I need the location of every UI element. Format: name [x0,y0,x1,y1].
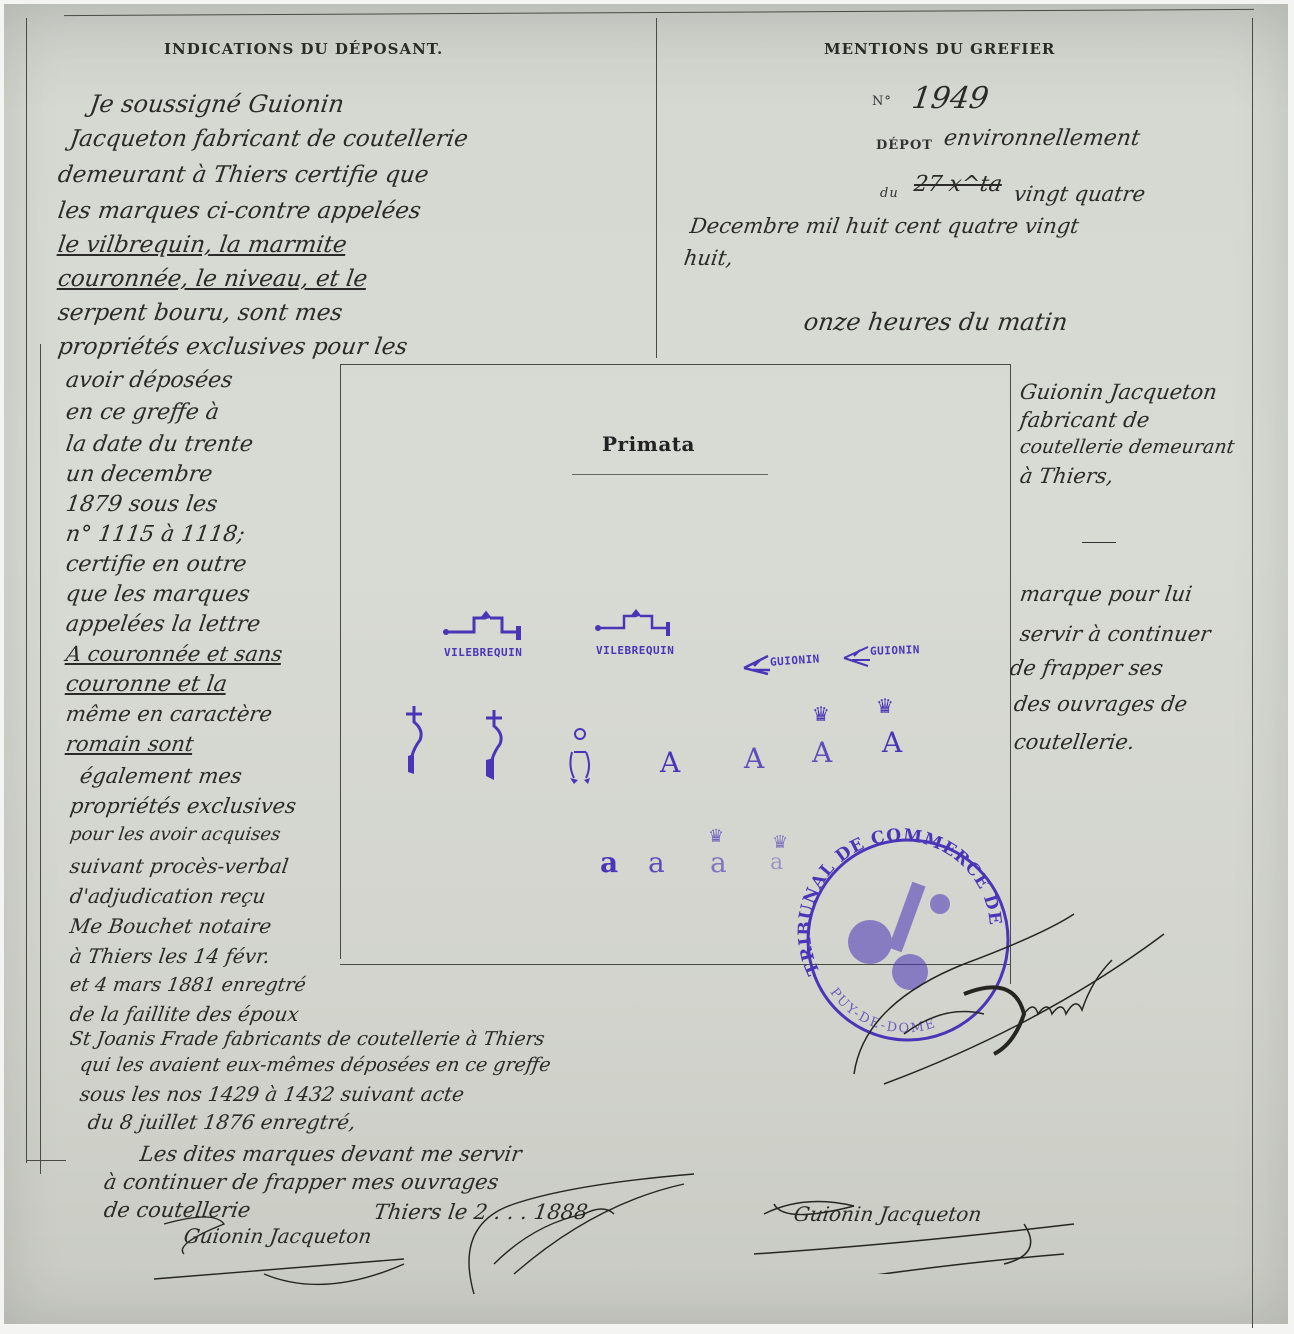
left-line: les marques ci-contre appelées [56,200,422,223]
left-line: Les dites marques devant me servir [139,1144,523,1165]
left-line: romain sont [65,734,195,755]
left-line: propriétés exclusives pour les [56,336,408,359]
letter-a-mark: a [770,850,783,875]
crown-icon: ♛ [876,694,894,718]
letter-a-mark: A [660,746,680,779]
left-line: Jacqueton fabricant de coutellerie [68,128,469,151]
left-line: A couronnée et sans [65,644,284,665]
date-value: vingt quatre [1013,184,1147,205]
greffier-signature-bottom [454,1164,714,1304]
column-divider [656,18,657,358]
purpose-line: coutellerie. [1013,732,1136,753]
left-line: à continuer de frapper mes ouvrages [103,1172,500,1193]
letter-a-mark: A [882,726,902,759]
left-line: même en caractère [65,704,274,725]
serpent-icon [400,704,430,778]
left-line: demeurant à Thiers certifie que [56,164,430,187]
purpose-line: marque pour lui [1019,584,1194,605]
left-line: suivant procès-verbal [69,856,290,876]
frame-left [26,18,27,1163]
guionin-arrow-icon [842,644,872,668]
left-line: en ce greffe à [64,402,220,424]
frame-left-inner [40,344,41,1174]
date-label: du [880,186,899,201]
letter-a-mark: a [710,846,727,879]
left-line: appelées la lettre [64,614,261,636]
center-box-left [340,364,341,959]
center-box-top [340,364,1010,365]
letter-a-mark: a [648,846,665,879]
date-line3: huit, [683,248,735,269]
vilebrequin-icon [594,608,684,638]
dash-mark [1082,542,1116,543]
letter-a-mark: a [600,846,618,879]
letter-a-mark: A [812,736,832,769]
primata-underline [572,474,768,475]
vilebrequin-icon [442,610,532,640]
letter-a-mark: A [744,742,764,775]
left-line: à Thiers les 14 févr. [69,946,272,966]
left-line: un decembre [64,464,213,486]
guionin-arrow-icon [742,652,772,676]
number-value: 1949 [910,84,991,114]
depositant-signature [144,1204,464,1294]
left-line: et 4 mars 1881 enregtré [69,976,307,995]
left-line: du 8 juillet 1876 enregtré, [87,1112,357,1132]
registrant-line: fabricant de [1019,410,1151,431]
crown-icon: ♛ [812,702,830,726]
left-line: qui les avaient eux-mêmes déposées en ce… [79,1056,552,1075]
center-title: Primata [602,432,695,456]
left-line: couronne et la [64,674,228,696]
depositant-signature-right [744,1184,1144,1274]
registrant-line: à Thiers, [1019,466,1115,487]
left-line: sous les nos 1429 à 1432 suivant acte [79,1084,466,1104]
left-section-bottom [26,1160,66,1161]
document-page: INDICATIONS DU DÉPOSANT. MENTIONS DU GRE… [4,4,1288,1324]
purpose-line: de frapper ses [1009,658,1165,679]
purpose-line: servir à continuer [1019,624,1212,645]
depositant-signature-right-text: Guionin Jacqueton [793,1204,983,1224]
left-line: St Joanis Frade fabricants de coutelleri… [69,1030,546,1049]
left-line: Je soussigné Guionin [88,92,345,116]
left-line: certifie en outre [64,554,247,576]
depositant-signature-text: Guionin Jacqueton [183,1226,373,1246]
left-line: la date du trente [64,434,254,456]
left-line: serpent bouru, sont mes [56,302,343,325]
depot-value: environnellement [942,128,1141,150]
left-line: avoir déposées [64,370,233,392]
mark-label: GUIONIN [870,643,920,658]
registrant-line: Guionin Jacqueton [1019,382,1219,403]
time-text: onze heures du matin [802,310,1069,334]
date-line2: Decembre mil huit cent quatre vingt [689,216,1081,237]
left-line: également mes [79,766,244,787]
serpent-icon [478,708,508,782]
left-column-header: INDICATIONS DU DÉPOSANT. [164,40,443,58]
left-line: que les marques [64,584,251,606]
left-line: d'adjudication reçu [69,886,267,906]
mark-label: VILEBREQUIN [444,646,522,659]
registrant-line: coutellerie demeurant [1019,438,1236,457]
left-line: 1879 sous les [64,494,218,516]
left-line: pour les avoir acquises [69,826,282,844]
left-line: le vilbrequin, la marmite [56,234,348,257]
left-line: de la faillite des époux [69,1004,301,1024]
mark-label: VILEBREQUIN [596,644,674,657]
date-struck: 27 x^ta [912,174,1003,196]
right-column-header: MENTIONS DU GREFIER [824,40,1055,58]
left-line: propriétés exclusives [69,796,298,817]
left-line: Me Bouchet notaire [69,916,273,936]
number-label: N° [872,94,892,109]
purpose-line: des ouvrages de [1013,694,1189,715]
mark-label: GUIONIN [770,652,821,668]
frame-right [1252,18,1253,1328]
left-line: n° 1115 à 1118; [64,524,246,546]
left-line: couronnée, le niveau, et le [56,268,368,291]
marmite-icon [564,722,596,786]
frame-top [64,9,1254,16]
crown-icon: ♛ [708,826,724,847]
depot-label: DÉPOT [876,138,933,153]
